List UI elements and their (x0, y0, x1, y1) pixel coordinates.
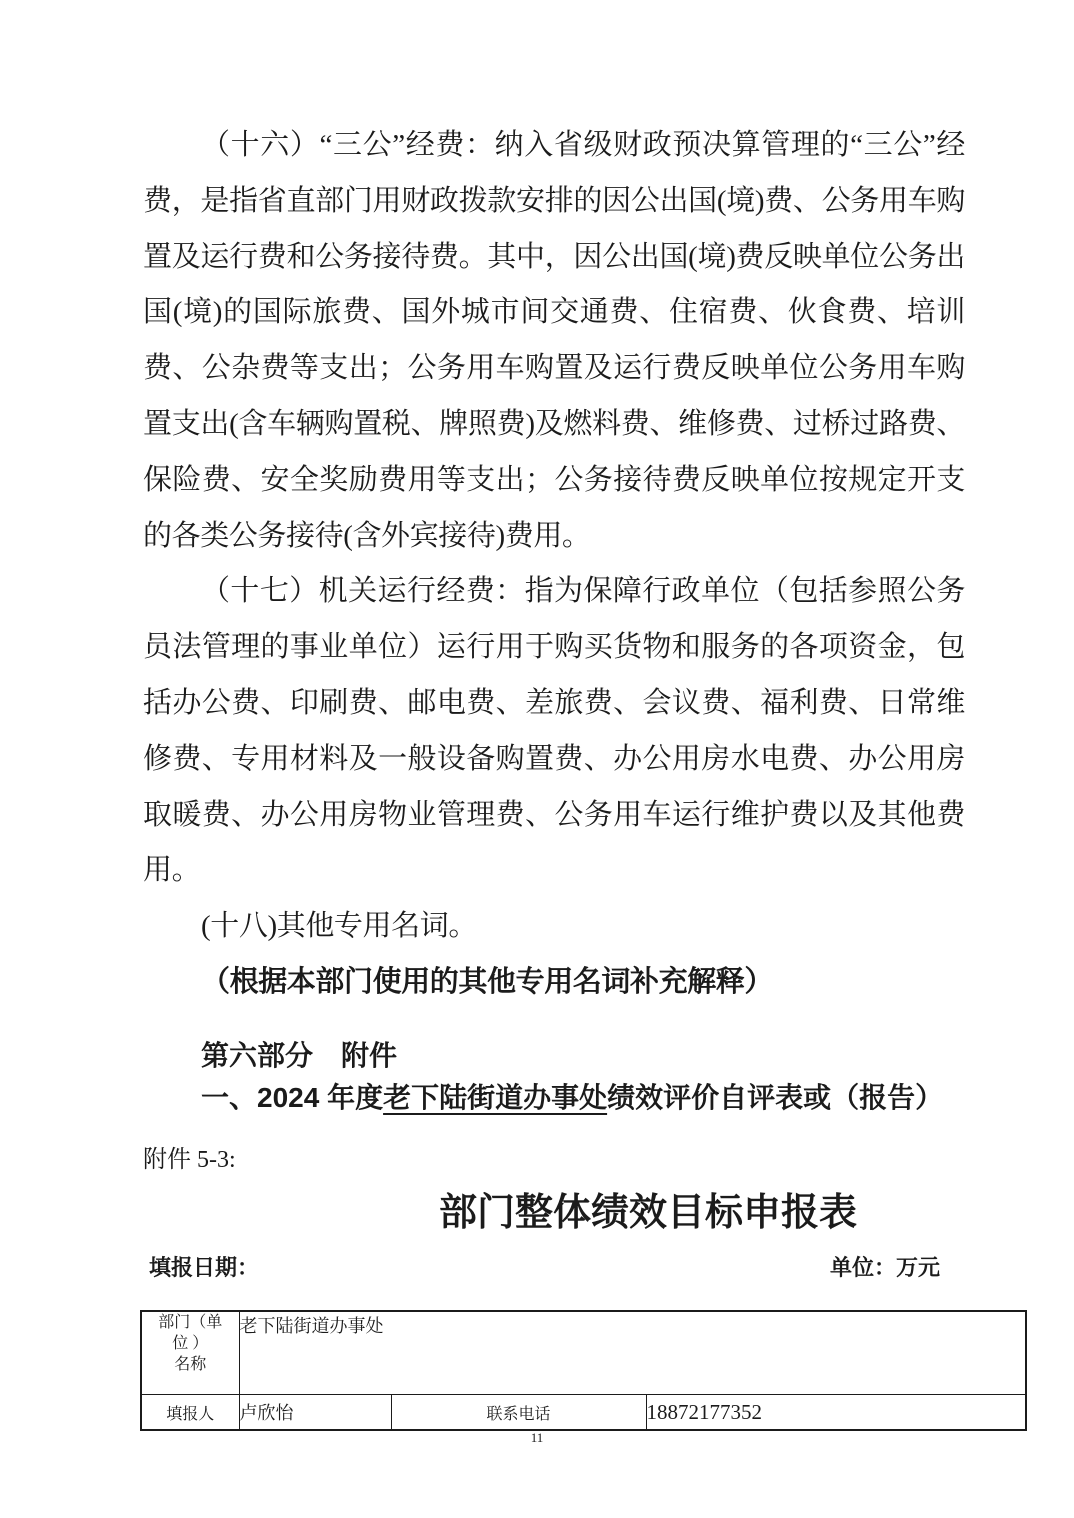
heading-item1-self-evaluation: 一、2024 年度老下陆街道办事处绩效评价自评表或（报告） (143, 1079, 965, 1117)
paragraph-18-note: （根据本部门使用的其他专用名词补充解释） (143, 955, 965, 1011)
unit-label: 单位：万元 (830, 1253, 940, 1283)
department-name-value-cell: 老下陆街道办事处 (239, 1311, 1026, 1395)
fill-date-label: 填报日期： (149, 1253, 259, 1283)
phone-label-cell: 联系电话 (391, 1395, 646, 1430)
filler-value-cell: 卢欣怡 (239, 1395, 391, 1430)
heading-item1-suffix: 绩效评价自评表或（报告） (607, 1082, 943, 1113)
declaration-table: 部门（单 位 ） 名称 老下陆街道办事处 填报人 卢欣怡 联系电话 188721… (140, 1310, 1027, 1431)
page-number: 11 (0, 1430, 1074, 1446)
heading-item1-underlined-office-name: 老下陆街道办事处 (383, 1082, 607, 1113)
heading-part6-attachments: 第六部分 附件 (143, 1037, 965, 1075)
attachment-5-3-label: 附件 5-3: (143, 1144, 965, 1176)
paragraph-16-sangong-expenses: （十六）“三公”经费：纳入省级财政预决算管理的“三公”经费，是指省直部门用财政拨… (143, 118, 965, 564)
heading-item1-prefix: 一、2024 年度 (201, 1082, 383, 1113)
form-title: 部门整体绩效目标申报表 (439, 1190, 965, 1236)
paragraph-17-agency-operating-expenses: （十七）机关运行经费：指为保障行政单位（包括参照公务员法管理的事业单位）运行用于… (143, 564, 965, 899)
table-row-filler: 填报人 卢欣怡 联系电话 18872177352 (141, 1395, 1026, 1430)
document-page: （十六）“三公”经费：纳入省级财政预决算管理的“三公”经费，是指省直部门用财政拨… (0, 0, 1074, 1518)
filler-label-cell: 填报人 (141, 1395, 239, 1430)
document-content: （十六）“三公”经费：纳入省级财政预决算管理的“三公”经费，是指省直部门用财政拨… (143, 118, 965, 1431)
phone-value-cell: 18872177352 (646, 1395, 1026, 1430)
form-meta-row: 填报日期： 单位：万元 (143, 1253, 965, 1283)
table-row-department: 部门（单 位 ） 名称 老下陆街道办事处 (141, 1311, 1026, 1395)
paragraph-18-other-terms: (十八)其他专用名词。 (143, 899, 965, 955)
department-name-label-cell: 部门（单 位 ） 名称 (141, 1311, 239, 1395)
